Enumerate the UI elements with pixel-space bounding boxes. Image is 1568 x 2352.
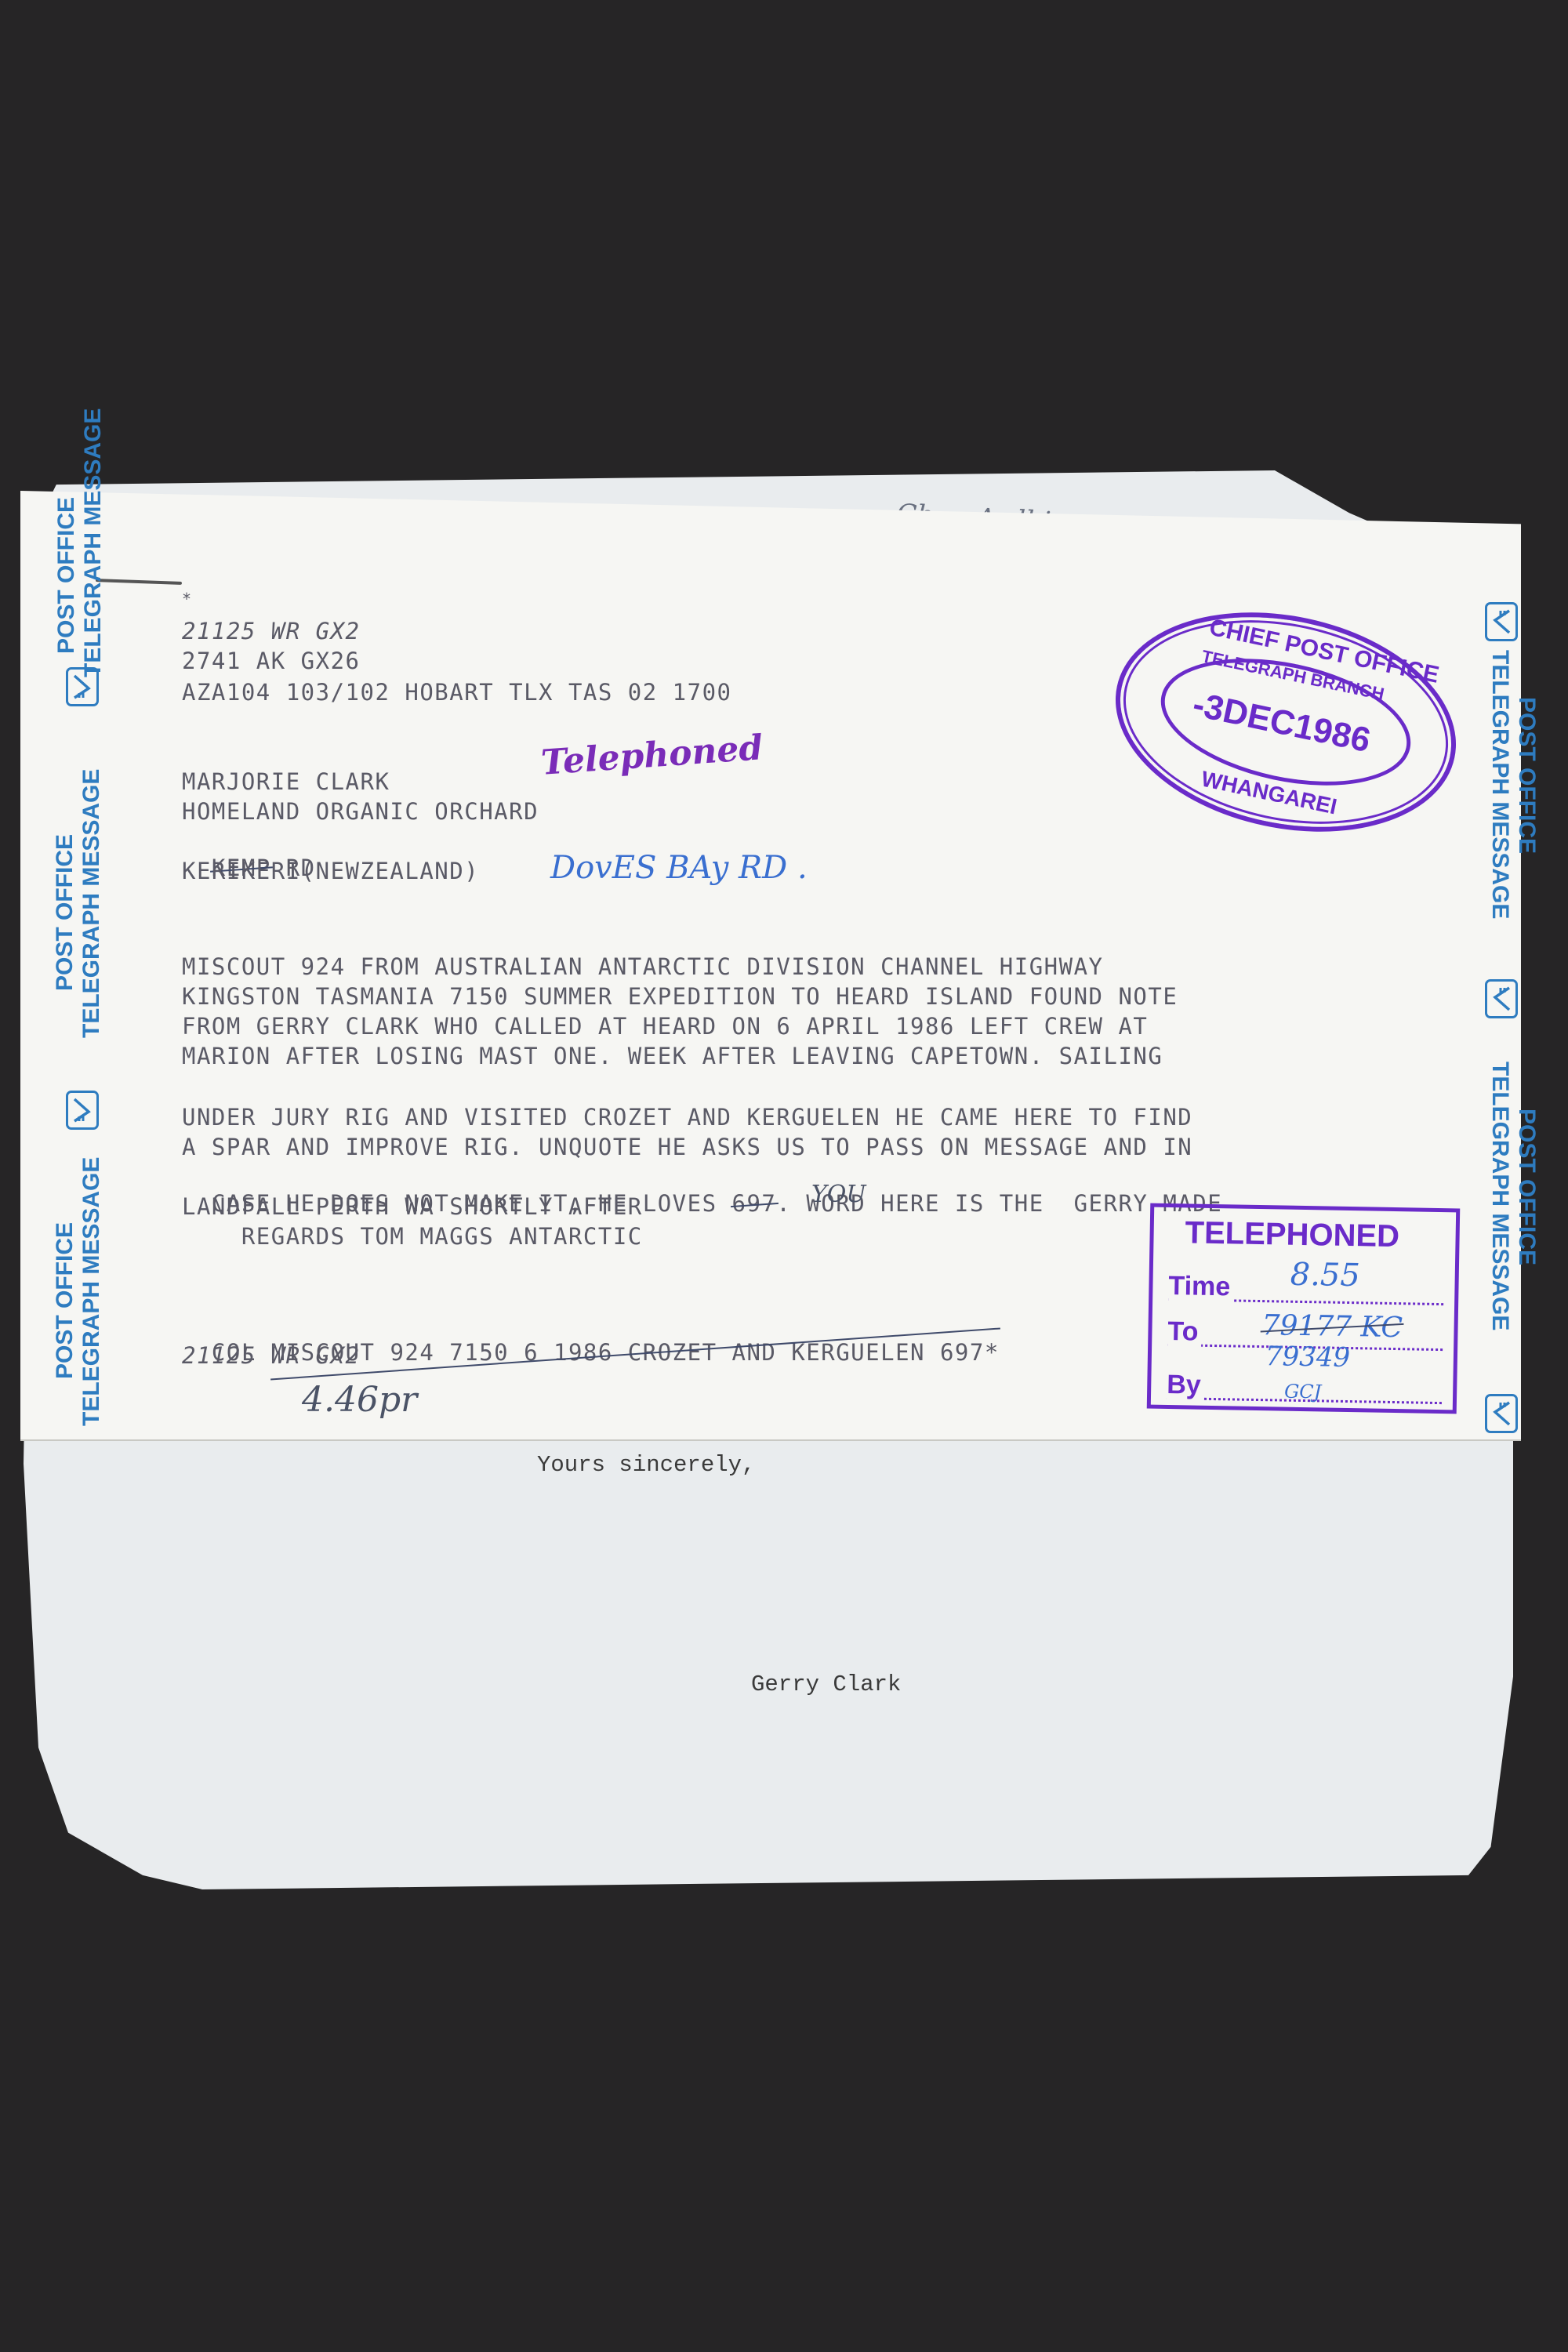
form-side-label-right-top: POST OFFICE TELEGRAPH MESSAGE bbox=[1486, 650, 1540, 901]
form-side-label-right-mid: POST OFFICE TELEGRAPH MESSAGE bbox=[1486, 1062, 1540, 1312]
body-line: A SPAR AND IMPROVE RIG. UNQUOTE HE ASKS … bbox=[182, 1134, 1192, 1160]
to-label: To bbox=[1167, 1316, 1202, 1348]
form-side-label-left-mid: POST OFFICE TELEGRAPH MESSAGE bbox=[52, 787, 105, 1038]
address-line-1: HOMELAND ORGANIC ORCHARD bbox=[182, 798, 539, 825]
body-line7-struck: 697 bbox=[732, 1190, 777, 1217]
telephoned-stamp-title: TELEPHONED bbox=[1185, 1215, 1399, 1254]
header-line-1: 21125 WR GX2 bbox=[182, 618, 361, 644]
telecom-logo-icon bbox=[1485, 1394, 1518, 1433]
form-side-label-left-bottom: POST OFFICE TELEGRAPH MESSAGE bbox=[52, 1175, 105, 1426]
body-line: FROM GERRY CLARK WHO CALLED AT HEARD ON … bbox=[182, 1013, 1148, 1040]
by-label: By bbox=[1167, 1370, 1204, 1401]
address-name: MARJORIE CLARK bbox=[182, 768, 390, 795]
body-signoff: REGARDS TOM MAGGS ANTARCTIC bbox=[182, 1223, 643, 1250]
telecom-logo-icon bbox=[1485, 979, 1518, 1018]
telecom-logo-icon bbox=[1485, 602, 1518, 641]
collation-struck-text: MISCOUT 924 7150 6 1986 CROZET AND KERGU… bbox=[271, 1339, 1000, 1366]
address-handwritten-correction: DovES BAy RD . bbox=[550, 850, 808, 886]
handwritten-time-note: 4.46pr bbox=[302, 1380, 417, 1420]
header-line-2: 2741 AK GX26 bbox=[182, 648, 361, 674]
time-value: 8.55 bbox=[1290, 1257, 1360, 1294]
letter-closing: Yours sincerely, bbox=[537, 1452, 755, 1478]
body-line: LANDFALL PERTH WA SHORTLY AFTER bbox=[182, 1193, 643, 1220]
header-line-3: AZA104 103/102 HOBART TLX TAS 02 1700 bbox=[182, 679, 732, 706]
body-line: MISCOUT 924 FROM AUSTRALIAN ANTARCTIC DI… bbox=[182, 953, 1104, 980]
handwritten-you: YOU bbox=[811, 1181, 866, 1208]
collation-footer: 21125 WR GX2 bbox=[182, 1342, 361, 1369]
body-line: UNDER JURY RIG AND VISITED CROZET AND KE… bbox=[182, 1104, 1192, 1131]
address-town: KERIKERI(NEWZEALAND) bbox=[182, 858, 479, 884]
telecom-logo-icon bbox=[66, 667, 99, 706]
telephoned-stamp: TELEPHONED Time 8.55 To 79177 KC 79349 B… bbox=[1147, 1203, 1461, 1414]
body-line: KINGSTON TASMANIA 7150 SUMMER EXPEDITION… bbox=[182, 983, 1178, 1010]
telecom-logo-icon bbox=[66, 1091, 99, 1130]
form-side-label-left-top: POST OFFICE TELEGRAPH MESSAGE bbox=[53, 474, 107, 677]
time-label: Time bbox=[1168, 1271, 1233, 1302]
header-marker: * bbox=[182, 590, 193, 608]
letter-signature: Gerry Clark bbox=[751, 1671, 901, 1697]
to-value-struck: 79177 KC bbox=[1261, 1309, 1403, 1344]
by-value: GCJ bbox=[1284, 1381, 1322, 1403]
body-line: MARION AFTER LOSING MAST ONE. WEEK AFTER… bbox=[182, 1043, 1163, 1069]
